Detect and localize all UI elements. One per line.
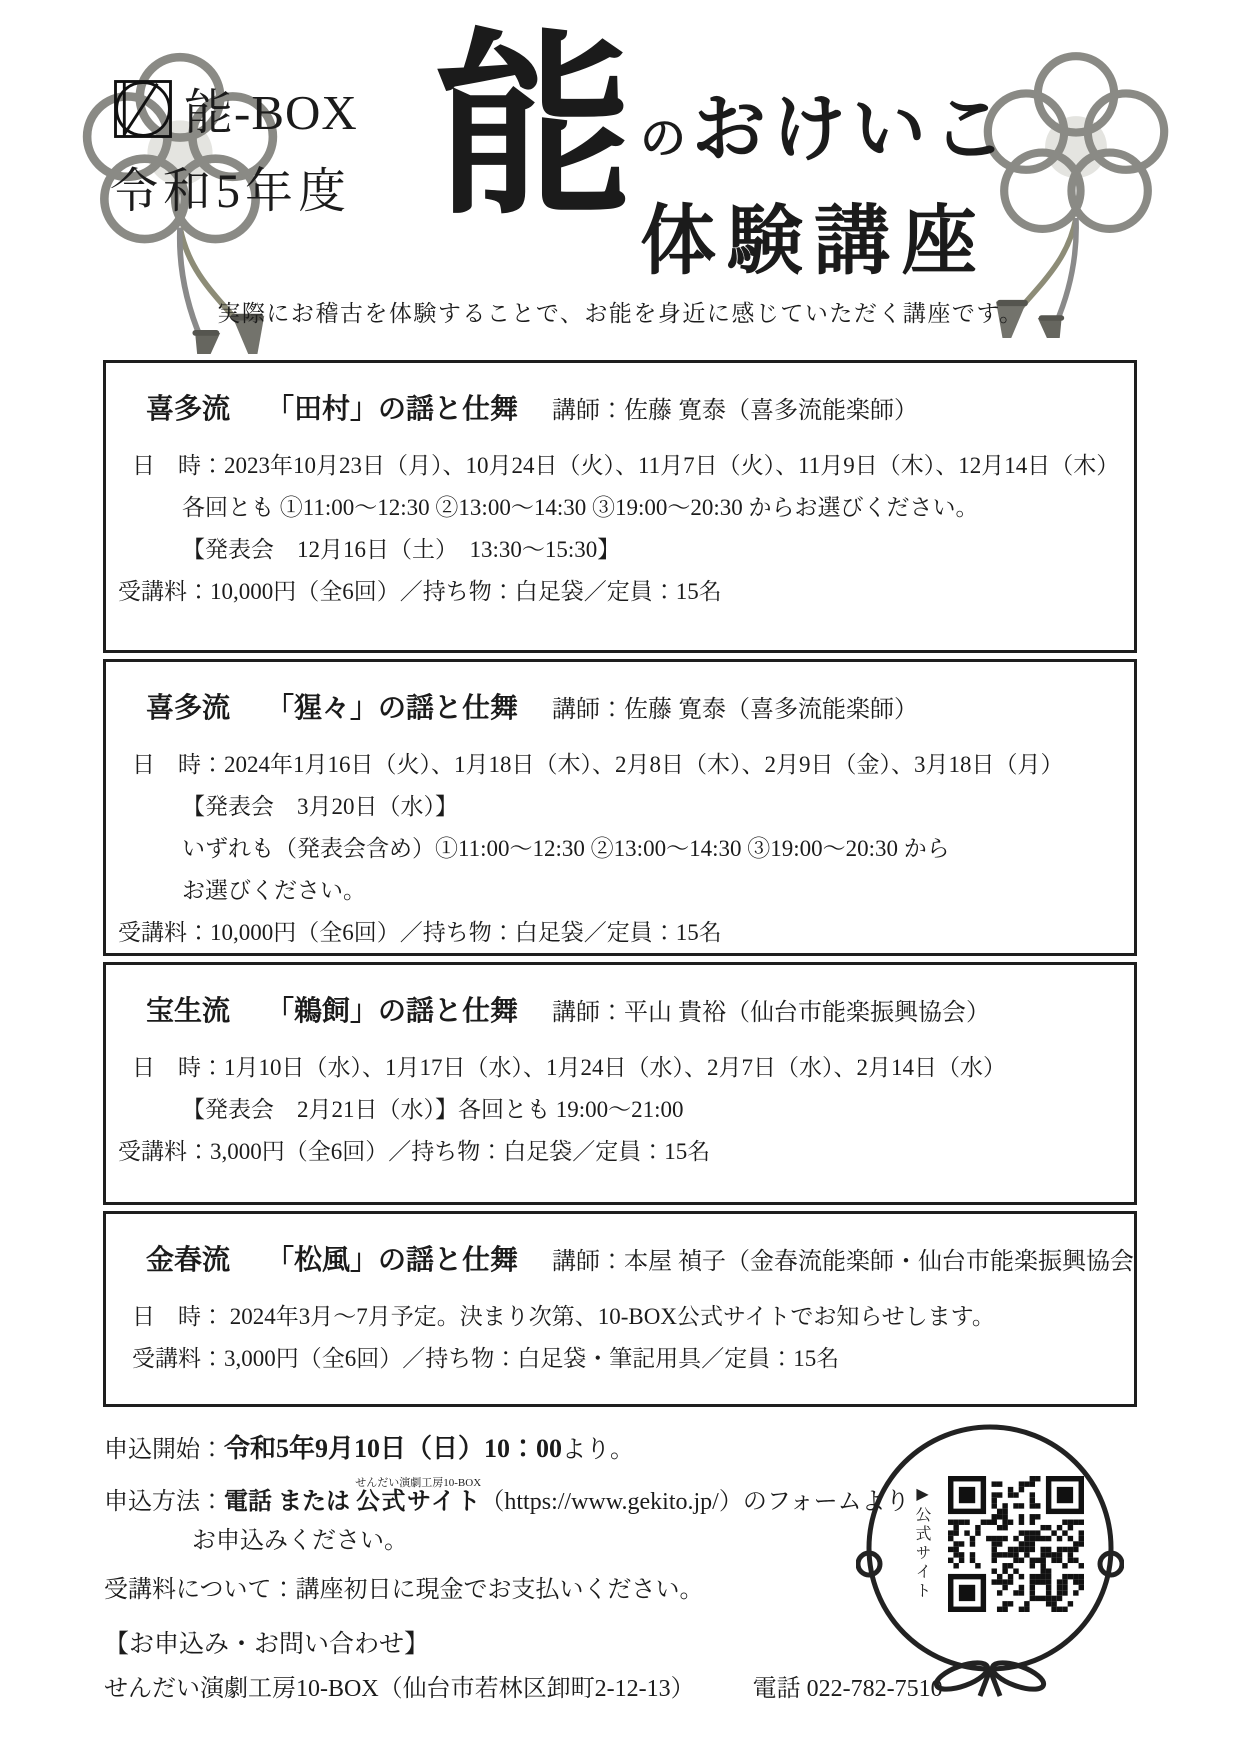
fee-payment-note: 受講料について：講座初日に現金でお支払いください。 — [104, 1569, 874, 1604]
method-url-text: （https://www.gekito.jp/）のフォームより — [480, 1489, 909, 1515]
course-detail-line: 【発表会 12月16日（土） 13:30～15:30】 — [118, 529, 1118, 571]
course-detail-line: 各回とも ①11:00～12:30 ②13:00～14:30 ③19:00～20… — [118, 487, 1118, 529]
application-method-continued: お申込みください。 — [104, 1520, 874, 1555]
title-particle: の — [640, 102, 686, 168]
course-teacher: 講師：平山 貴裕（仙台市能楽振興協会） — [552, 992, 990, 1027]
course-body: 日 時：2024年1月16日（火）、1月18日（木）、2月8日（木）、2月9日（… — [118, 744, 1118, 954]
course-piece: 「鵜飼」の謡と仕舞 — [266, 989, 518, 1029]
contact-address: せんだい演劇工房10-BOX（仙台市若林区卸町2-12-13） — [104, 1676, 695, 1702]
ten-box-logo-icon — [110, 76, 176, 142]
course-box: 喜多流 「田村」の謡と仕舞 講師：佐藤 寛泰（喜多流能楽師） 日 時：2023年… — [103, 360, 1137, 653]
course-box: 喜多流 「猩々」の謡と仕舞 講師：佐藤 寛泰（喜多流能楽師） 日 時：2024年… — [103, 659, 1137, 956]
course-detail-line: 【発表会 2月21日（水）】各回とも 19:00～21:00 — [118, 1089, 1118, 1131]
application-method-line: 申込方法：電話 または 公式サイトせんだい演劇工房10-BOX（https://… — [104, 1477, 874, 1516]
course-box: 宝生流 「鵜飼」の謡と仕舞 講師：平山 貴裕（仙台市能楽振興協会） 日 時：1月… — [103, 962, 1137, 1205]
qr-code — [948, 1476, 1084, 1612]
course-detail-line: 日 時： 2024年3月～7月予定。決まり次第、10-BOX公式サイトでお知らせ… — [118, 1296, 1118, 1338]
course-title-row: 金春流 「松風」の謡と仕舞 講師：本屋 禎子（金春流能楽師・仙台市能楽振興協会） — [146, 1238, 1118, 1278]
course-detail-line: 日 時：2023年10月23日（月）、10月24日（火）、11月7日（火）、11… — [118, 445, 1118, 487]
course-school: 金春流 — [146, 1238, 230, 1278]
course-list: 喜多流 「田村」の謡と仕舞 講師：佐藤 寛泰（喜多流能楽師） 日 時：2023年… — [103, 360, 1137, 1413]
title-block: の おけいこ 体験講座 — [640, 70, 1012, 289]
course-teacher: 講師：佐藤 寛泰（喜多流能楽師） — [552, 689, 918, 724]
course-title-row: 宝生流 「鵜飼」の謡と仕舞 講師：平山 貴裕（仙台市能楽振興協会） — [146, 989, 1118, 1029]
course-detail-line: 受講料：10,000円（全6回）／持ち物：白足袋／定員：15名 — [118, 571, 1118, 613]
brand-block: 能-BOX 令和5年度 — [110, 74, 358, 221]
course-box: 金春流 「松風」の謡と仕舞 講師：本屋 禎子（金春流能楽師・仙台市能楽振興協会）… — [103, 1211, 1137, 1407]
course-detail-line: 受講料：3,000円（全6回）／持ち物：白足袋・筆記用具／定員：15名 — [118, 1338, 1118, 1380]
course-body: 日 時： 2024年3月～7月予定。決まり次第、10-BOX公式サイトでお知らせ… — [118, 1296, 1118, 1380]
course-body: 日 時：1月10日（水）、1月17日（水）、1月24日（水）、2月7日（水）、2… — [118, 1047, 1118, 1173]
course-school: 喜多流 — [146, 686, 230, 726]
method-phone: 電話 または — [224, 1489, 356, 1515]
application-start-suffix: より。 — [562, 1437, 634, 1463]
course-teacher: 講師：佐藤 寛泰（喜多流能楽師） — [552, 390, 918, 425]
title-okeiko: おけいこ — [692, 70, 1012, 176]
course-title-row: 喜多流 「田村」の謡と仕舞 講師：佐藤 寛泰（喜多流能楽師） — [146, 387, 1118, 427]
course-body: 日 時：2023年10月23日（月）、10月24日（火）、11月7日（火）、11… — [118, 445, 1118, 613]
footer-info: 申込開始：令和5年9月10日（日）10：00より。 申込方法：電話 または 公式… — [104, 1428, 874, 1715]
title-taiken-koza: 体験講座 — [640, 180, 1012, 289]
course-school: 喜多流 — [146, 387, 230, 427]
course-detail-line: 受講料：3,000円（全6回）／持ち物：白足袋／定員：15名 — [118, 1131, 1118, 1173]
official-site-text: 公式サイト — [355, 1489, 481, 1515]
brand-name: 能-BOX — [184, 74, 358, 144]
qr-label: ▶公式サイト — [910, 1484, 933, 1601]
course-school: 宝生流 — [146, 989, 230, 1029]
application-start-line: 申込開始：令和5年9月10日（日）10：00より。 — [104, 1428, 874, 1465]
subtitle: 実際にお稽古を体験することで、お能を身近に感じていただく講座です。 — [0, 295, 1241, 328]
course-piece: 「田村」の謡と仕舞 — [266, 387, 518, 427]
course-detail-line: 日 時：1月10日（水）、1月17日（水）、1月24日（水）、2月7日（水）、2… — [118, 1047, 1118, 1089]
course-piece: 「猩々」の謡と仕舞 — [266, 686, 518, 726]
application-start-label: 申込開始： — [104, 1437, 224, 1463]
course-piece: 「松風」の謡と仕舞 — [266, 1238, 518, 1278]
course-title-row: 喜多流 「猩々」の謡と仕舞 講師：佐藤 寛泰（喜多流能楽師） — [146, 686, 1118, 726]
course-detail-line: 受講料：10,000円（全6回）／持ち物：白足袋／定員：15名 — [118, 912, 1118, 954]
official-site-ruby-text: せんだい演劇工房10-BOX — [355, 1477, 481, 1489]
application-start-value: 令和5年9月10日（日）10：00 — [224, 1434, 562, 1463]
course-detail-line: 【発表会 3月20日（水）】 — [118, 786, 1118, 828]
contact-heading: 【お申込み・お問い合わせ】 — [104, 1624, 874, 1660]
course-detail-line: お選びください。 — [118, 870, 1118, 912]
course-detail-line: 日 時：2024年1月16日（火）、1月18日（木）、2月8日（木）、2月9日（… — [118, 744, 1118, 786]
course-detail-line: いずれも（発表会含め）①11:00～12:30 ②13:00～14:30 ③19… — [118, 828, 1118, 870]
title-noh-character: 能 — [435, 26, 633, 232]
flyer-page: 能-BOX 令和5年度 能 の おけいこ 体験講座 実際にお稽古を体験することで… — [0, 0, 1241, 1754]
application-method-label: 申込方法： — [104, 1489, 224, 1515]
contact-line: せんだい演劇工房10-BOX（仙台市若林区卸町2-12-13）電話 022-78… — [104, 1668, 874, 1703]
qr-badge: ▶公式サイト — [856, 1412, 1124, 1700]
course-teacher: 講師：本屋 禎子（金春流能楽師・仙台市能楽振興協会） — [552, 1241, 1137, 1276]
official-site-ruby: 公式サイトせんだい演劇工房10-BOX — [356, 1489, 480, 1515]
fiscal-year-label: 令和5年度 — [110, 152, 358, 221]
